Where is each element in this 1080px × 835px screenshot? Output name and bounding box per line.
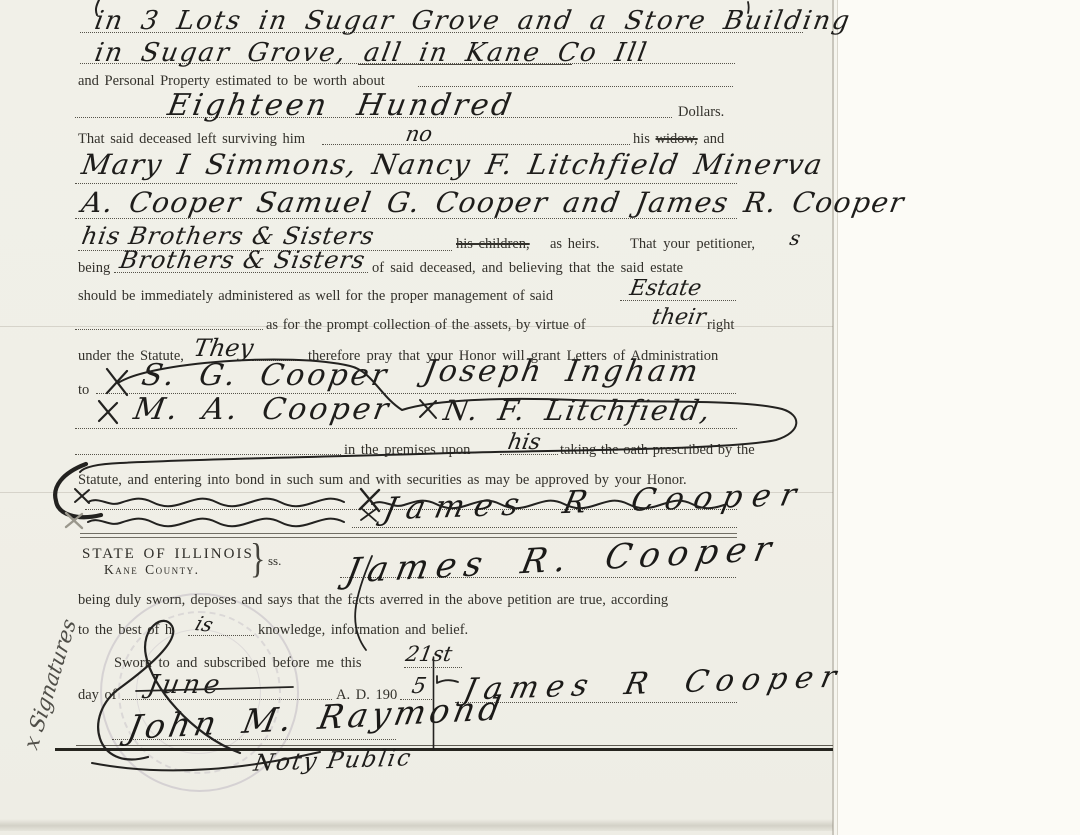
dollars-label: Dollars. <box>678 104 724 121</box>
amount-handwritten: Eighteen Hundred <box>165 88 517 123</box>
page-edge-shadow <box>837 0 838 835</box>
venue-county: Kane County. <box>104 562 200 578</box>
dotted-line <box>75 329 263 330</box>
realty-line-2: in Sugar Grove, all in Kane Co Ill <box>92 38 650 68</box>
grantee-name: Joseph Ingham <box>421 354 704 389</box>
grantee-name: S. G. Cooper <box>139 358 392 393</box>
widow-word-struck: widow, <box>656 131 698 147</box>
jurat-month: June <box>145 670 226 700</box>
widow-clause: his widow, and <box>633 131 724 148</box>
to-label: to <box>78 382 89 399</box>
venue-ss: ss. <box>268 554 281 569</box>
his-word: his <box>633 131 650 147</box>
affidavit-line-2-rest: knowledge, information and belief. <box>258 622 468 639</box>
venue-state: STATE OF ILLINOIS <box>82 546 254 563</box>
children-words-struck: his children, <box>456 236 530 253</box>
grantee-name: M. A. Cooper <box>131 392 394 427</box>
heirs-line-2: A. Cooper Samuel G. Cooper and James R. … <box>79 186 907 219</box>
collection-value: their <box>650 305 708 330</box>
dotted-line <box>75 454 341 455</box>
dotted-line <box>404 667 462 668</box>
venue-brace: } <box>250 534 265 582</box>
being-label: being <box>78 260 110 277</box>
jurat-day: 21st <box>404 642 454 666</box>
premises-lead: in the premises upon <box>344 442 470 459</box>
surviving-value: no <box>404 122 434 146</box>
day-of-label: day of <box>78 687 117 704</box>
heirs-line-1: Mary I Simmons, Nancy F. Litchfield Mine… <box>79 148 826 181</box>
collection-end: right <box>707 317 734 334</box>
dotted-line <box>75 183 737 184</box>
premises-rest: taking the oath prescribed by the <box>560 442 755 459</box>
dotted-line <box>322 144 630 145</box>
realty-line-1: in 3 Lots in Sugar Grove and a Store Bui… <box>92 6 853 36</box>
dotted-line <box>75 428 737 429</box>
as-heirs-label: as heirs. <box>550 236 600 253</box>
relationship-rest: of said deceased, and believing that the… <box>372 260 683 277</box>
dotted-line <box>352 527 737 528</box>
affidavit-line-1: being duly sworn, deposes and says that … <box>78 592 668 609</box>
bottom-rule-thin <box>76 745 833 746</box>
collection-line: as for the prompt collection of the asse… <box>266 317 586 334</box>
and-word: and <box>703 131 724 147</box>
grantee-name: N. F. Litchfield, <box>441 394 714 427</box>
dotted-line <box>418 86 733 87</box>
premises-value: his <box>506 430 543 455</box>
section-rule <box>80 533 737 534</box>
petitioner-label: That your petitioner, <box>630 236 755 253</box>
affidavit-line-2-lead: to the best of h <box>78 622 172 639</box>
management-line: should be immediately administered as we… <box>78 288 553 305</box>
bottom-fold-shadow <box>0 819 833 831</box>
relationship-value: Brothers & Sisters <box>118 246 368 274</box>
scanner-backing <box>838 0 1080 835</box>
surviving-label: That said deceased left surviving him <box>78 131 305 148</box>
scanned-document-page: x Signatures in 3 Lots in Sugar Grove an… <box>0 0 1080 835</box>
management-value: Estate <box>628 276 704 301</box>
bottom-rule-thick <box>55 748 833 751</box>
